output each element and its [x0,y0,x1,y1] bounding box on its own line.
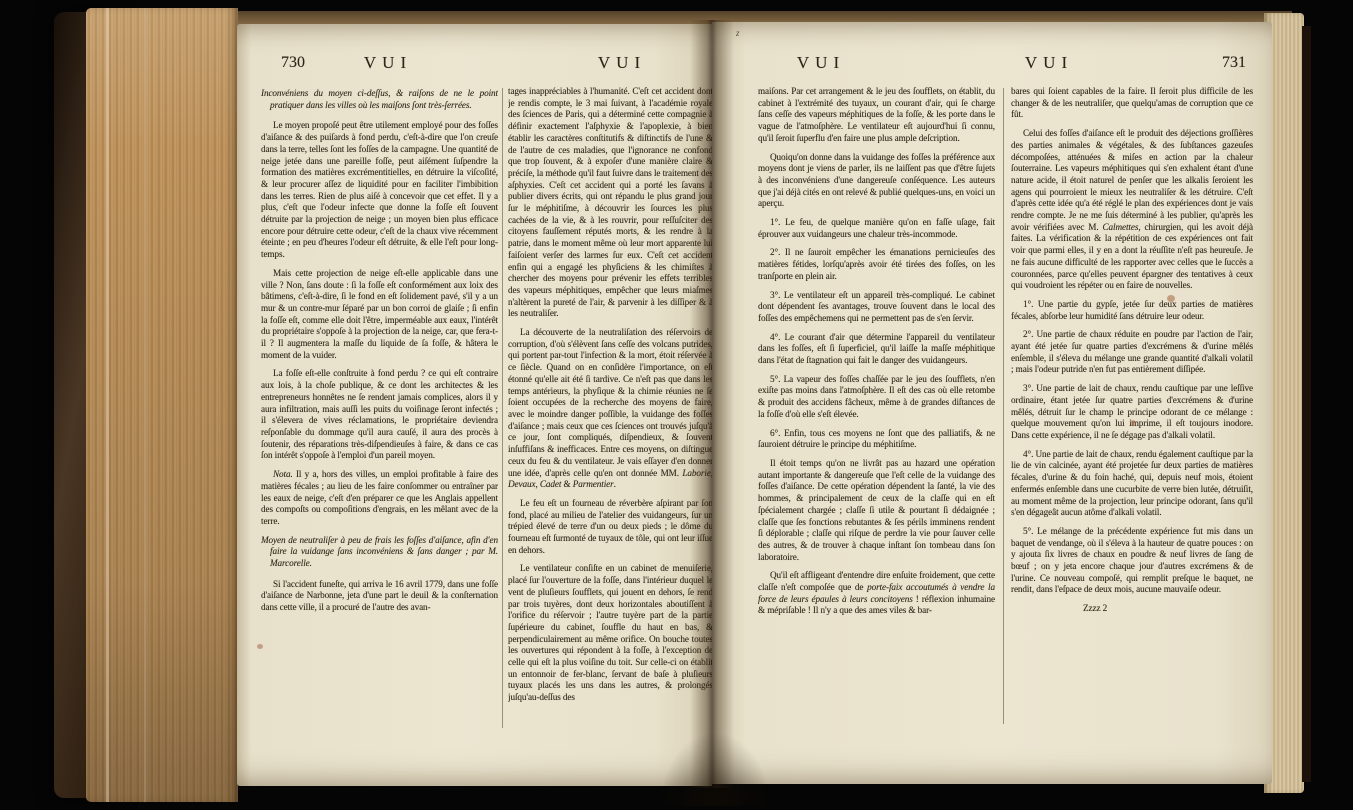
paragraph: 2°. Une partie de chaux réduite en poudr… [1011,329,1253,376]
paragraph: 4°. Le courant d'air que détermine l'app… [758,332,995,367]
signature-mark: Zzzz 2 [1011,603,1253,615]
book-cover-right [1302,26,1311,782]
running-head: VUI [1025,53,1073,73]
column-rule [1003,88,1004,724]
page-number-right: 731 [1222,54,1246,72]
page-number-left: 730 [281,54,305,72]
paragraph: Nota. Il y a, hors des villes, un emploi… [261,469,498,528]
press-mark: z [736,28,740,38]
paragraph: 5°. Le mélange de la précédente expérien… [1011,526,1253,596]
paragraph: La foſſe eſt-elle conſtruite à fond perd… [261,368,498,462]
column-rule [502,88,503,728]
text-column-2: tages inappréciables à l'humanité. C'eſt… [508,86,713,782]
page-left: 730 VUI VUI Inconvéniens du moyen ci-deſ… [237,24,712,786]
text-column-3: maiſons. Par cet arrangement & le jeu de… [758,86,995,780]
paragraph: tages inappréciables à l'humanité. C'eſt… [508,86,713,320]
section-heading: Inconvéniens du moyen ci-deſſus, & raiſo… [261,88,498,111]
paragraph: 4°. Une partie de lait de chaux, rendu é… [1011,449,1253,519]
fore-edge-left [86,8,238,802]
paragraph: 1°. Le feu, de quelque manière qu'on en … [758,217,995,240]
paragraph: maiſons. Par cet arrangement & le jeu de… [758,86,995,145]
paragraph: Celui des foſſes d'aiſance eſt le produi… [1011,128,1253,292]
paragraph: Le ventilateur conſiſte en un cabinet de… [508,563,713,703]
text-column-4: bares qui ſoient capables de la faire. I… [1011,86,1253,780]
paragraph: Si l'accident funeſte, qui arriva le 16 … [261,579,498,614]
running-head: VUI [598,53,646,73]
page-right: z VUI VUI 731 maiſons. Par cet arrangeme… [712,22,1272,784]
paragraph: 3°. Le ventilateur eſt un appareil très-… [758,290,995,325]
paragraph: 1°. Une partie du gypſe, jetée ſur deux … [1011,299,1253,322]
paragraph: 6°. Enfin, tous ces moyens ne ſont que d… [758,428,995,451]
text-column-1: Inconvéniens du moyen ci-deſſus, & raiſo… [261,86,498,782]
paragraph: 2°. Il ne ſauroit empêcher les émanation… [758,247,995,282]
section-heading: Moyen de neutraliſer à peu de frais les … [261,535,498,570]
paragraph: La découverte de la neutraliſation des r… [508,327,713,491]
paragraph: Qu'il eſt affligeant d'entendre dire enſ… [758,570,995,617]
paragraph: 5°. La vapeur des foſſes chaſſée par le … [758,374,995,421]
book-scan: 730 VUI VUI Inconvéniens du moyen ci-deſ… [0,0,1353,810]
running-head: VUI [797,53,845,73]
paragraph: 3°. Une partie de lait de chaux, rendu c… [1011,383,1253,442]
running-head: VUI [364,53,412,73]
paragraph: Mais cette projection de neige eſt-elle … [261,268,498,362]
paragraph: Le moyen propoſé peut être utilement emp… [261,120,498,260]
paragraph: Quoiqu'on donne dans la vuidange des foſ… [758,152,995,211]
paragraph: bares qui ſoient capables de la faire. I… [1011,86,1253,121]
paragraph: Le feu eſt un fourneau de réverbère aſpi… [508,498,713,557]
paragraph: Il étoit temps qu'on ne livrât pas au ha… [758,458,995,563]
